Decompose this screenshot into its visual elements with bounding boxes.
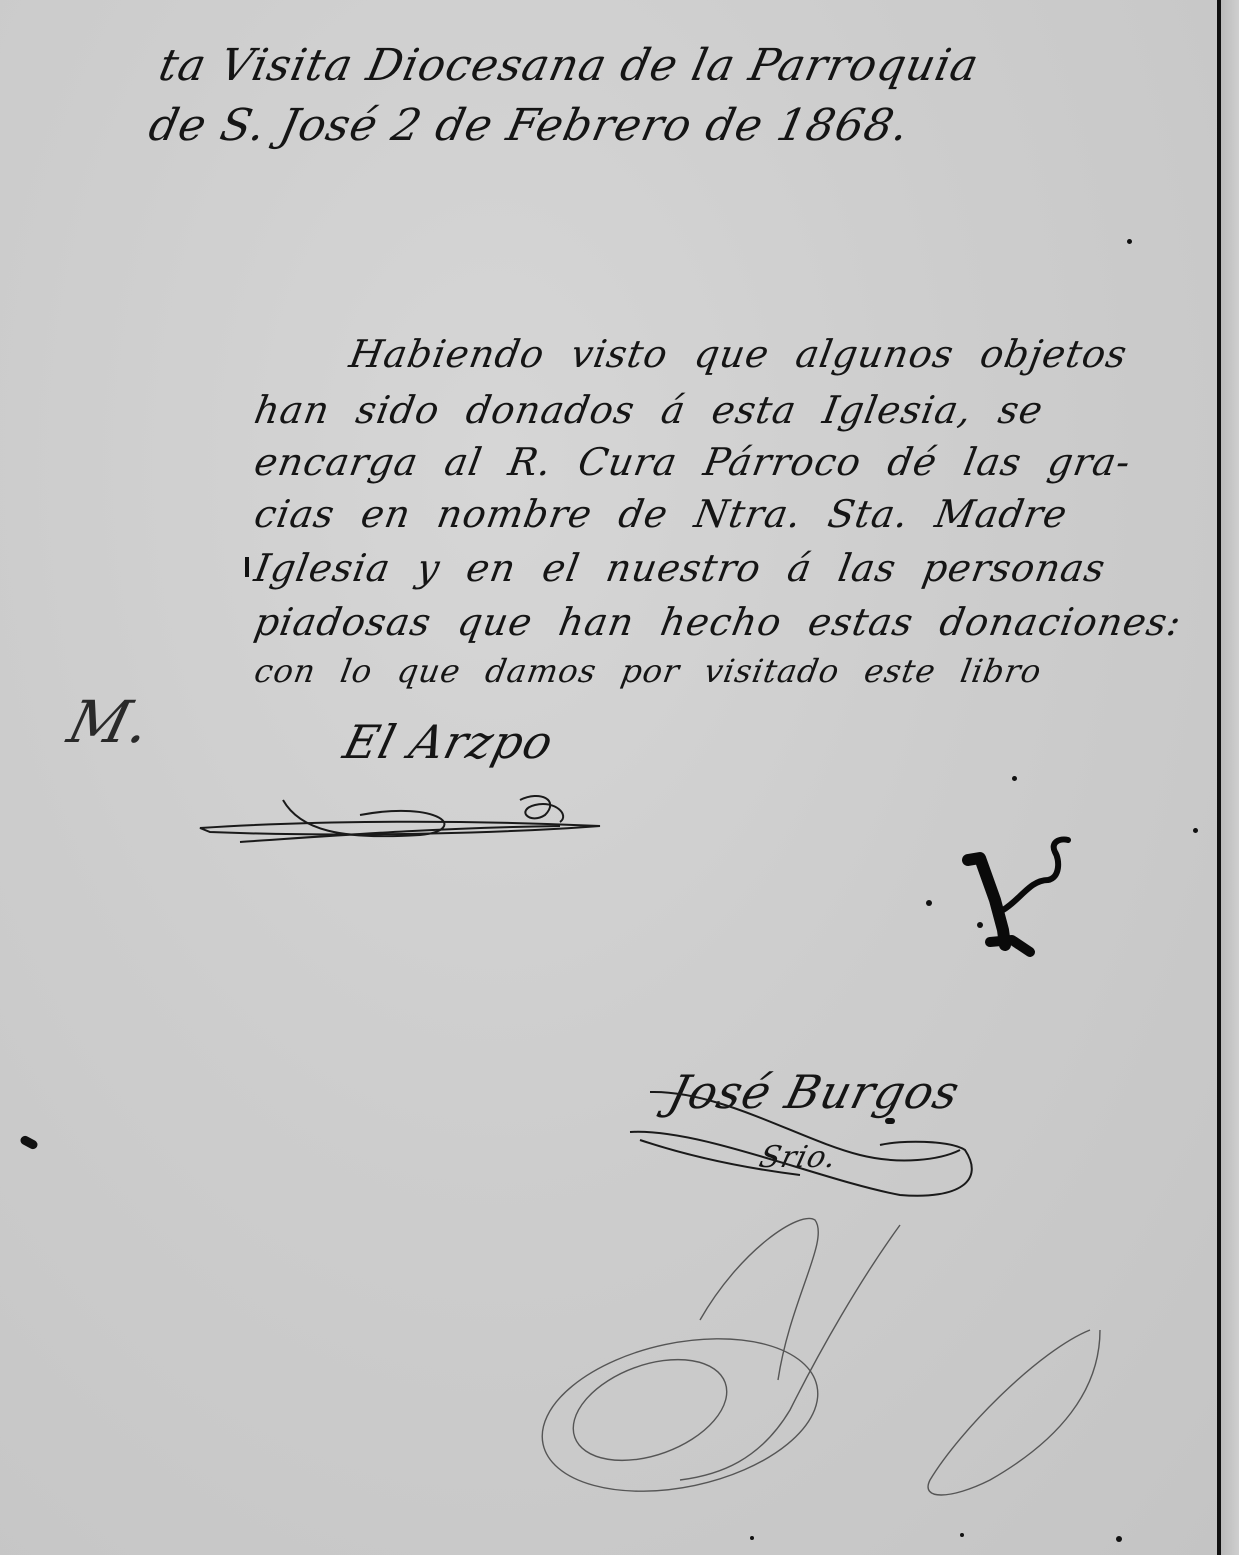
speck-icon (926, 900, 932, 906)
heading-line-2: de S. José 2 de Febrero de 1868. (145, 100, 915, 151)
speck-icon (1012, 776, 1017, 781)
secretary-title: Srio. (756, 1140, 841, 1175)
speck-icon (1127, 239, 1132, 244)
body-line: han sido donados á esta Iglesia, se (251, 388, 1047, 432)
body-line: cias en nombre de Ntra. Sta. Madre (251, 492, 1071, 536)
ink-flourishes (0, 0, 1239, 1555)
heading-line-1: ta Visita Diocesana de la Parroquia (155, 40, 984, 91)
body-line: encarga al R. Cura Párroco dé las gra- (251, 440, 1134, 484)
speck-icon (19, 1134, 39, 1150)
speck-icon (1116, 1536, 1122, 1542)
page-gutter (1219, 0, 1239, 1555)
binding-edge (1217, 0, 1221, 1555)
speck-icon (960, 1533, 964, 1537)
body-line: con lo que damos por visitado este libro (252, 652, 1045, 690)
speck-icon (885, 1118, 895, 1124)
body-line: piadosas que han hecho estas donaciones: (251, 600, 1185, 644)
speck-icon (977, 922, 983, 928)
ink-blot-icon (968, 840, 1068, 953)
archbishop-rubric-icon (200, 796, 600, 842)
speck-icon (750, 1536, 754, 1540)
archbishop-signature: El Arzpo (338, 715, 559, 769)
secretary-signature: José Burgos (663, 1065, 965, 1119)
manuscript-page: ta Visita Diocesana de la Parroquia de S… (0, 0, 1239, 1555)
body-line: Habiendo visto que algunos objetos (346, 332, 1131, 376)
ink-mark-icon (245, 557, 249, 577)
monogram-flourish-icon (528, 1218, 1100, 1514)
margin-note: M. (62, 688, 159, 756)
speck-icon (1193, 828, 1198, 833)
body-line: Iglesia y en el nuestro á las personas (251, 546, 1109, 590)
